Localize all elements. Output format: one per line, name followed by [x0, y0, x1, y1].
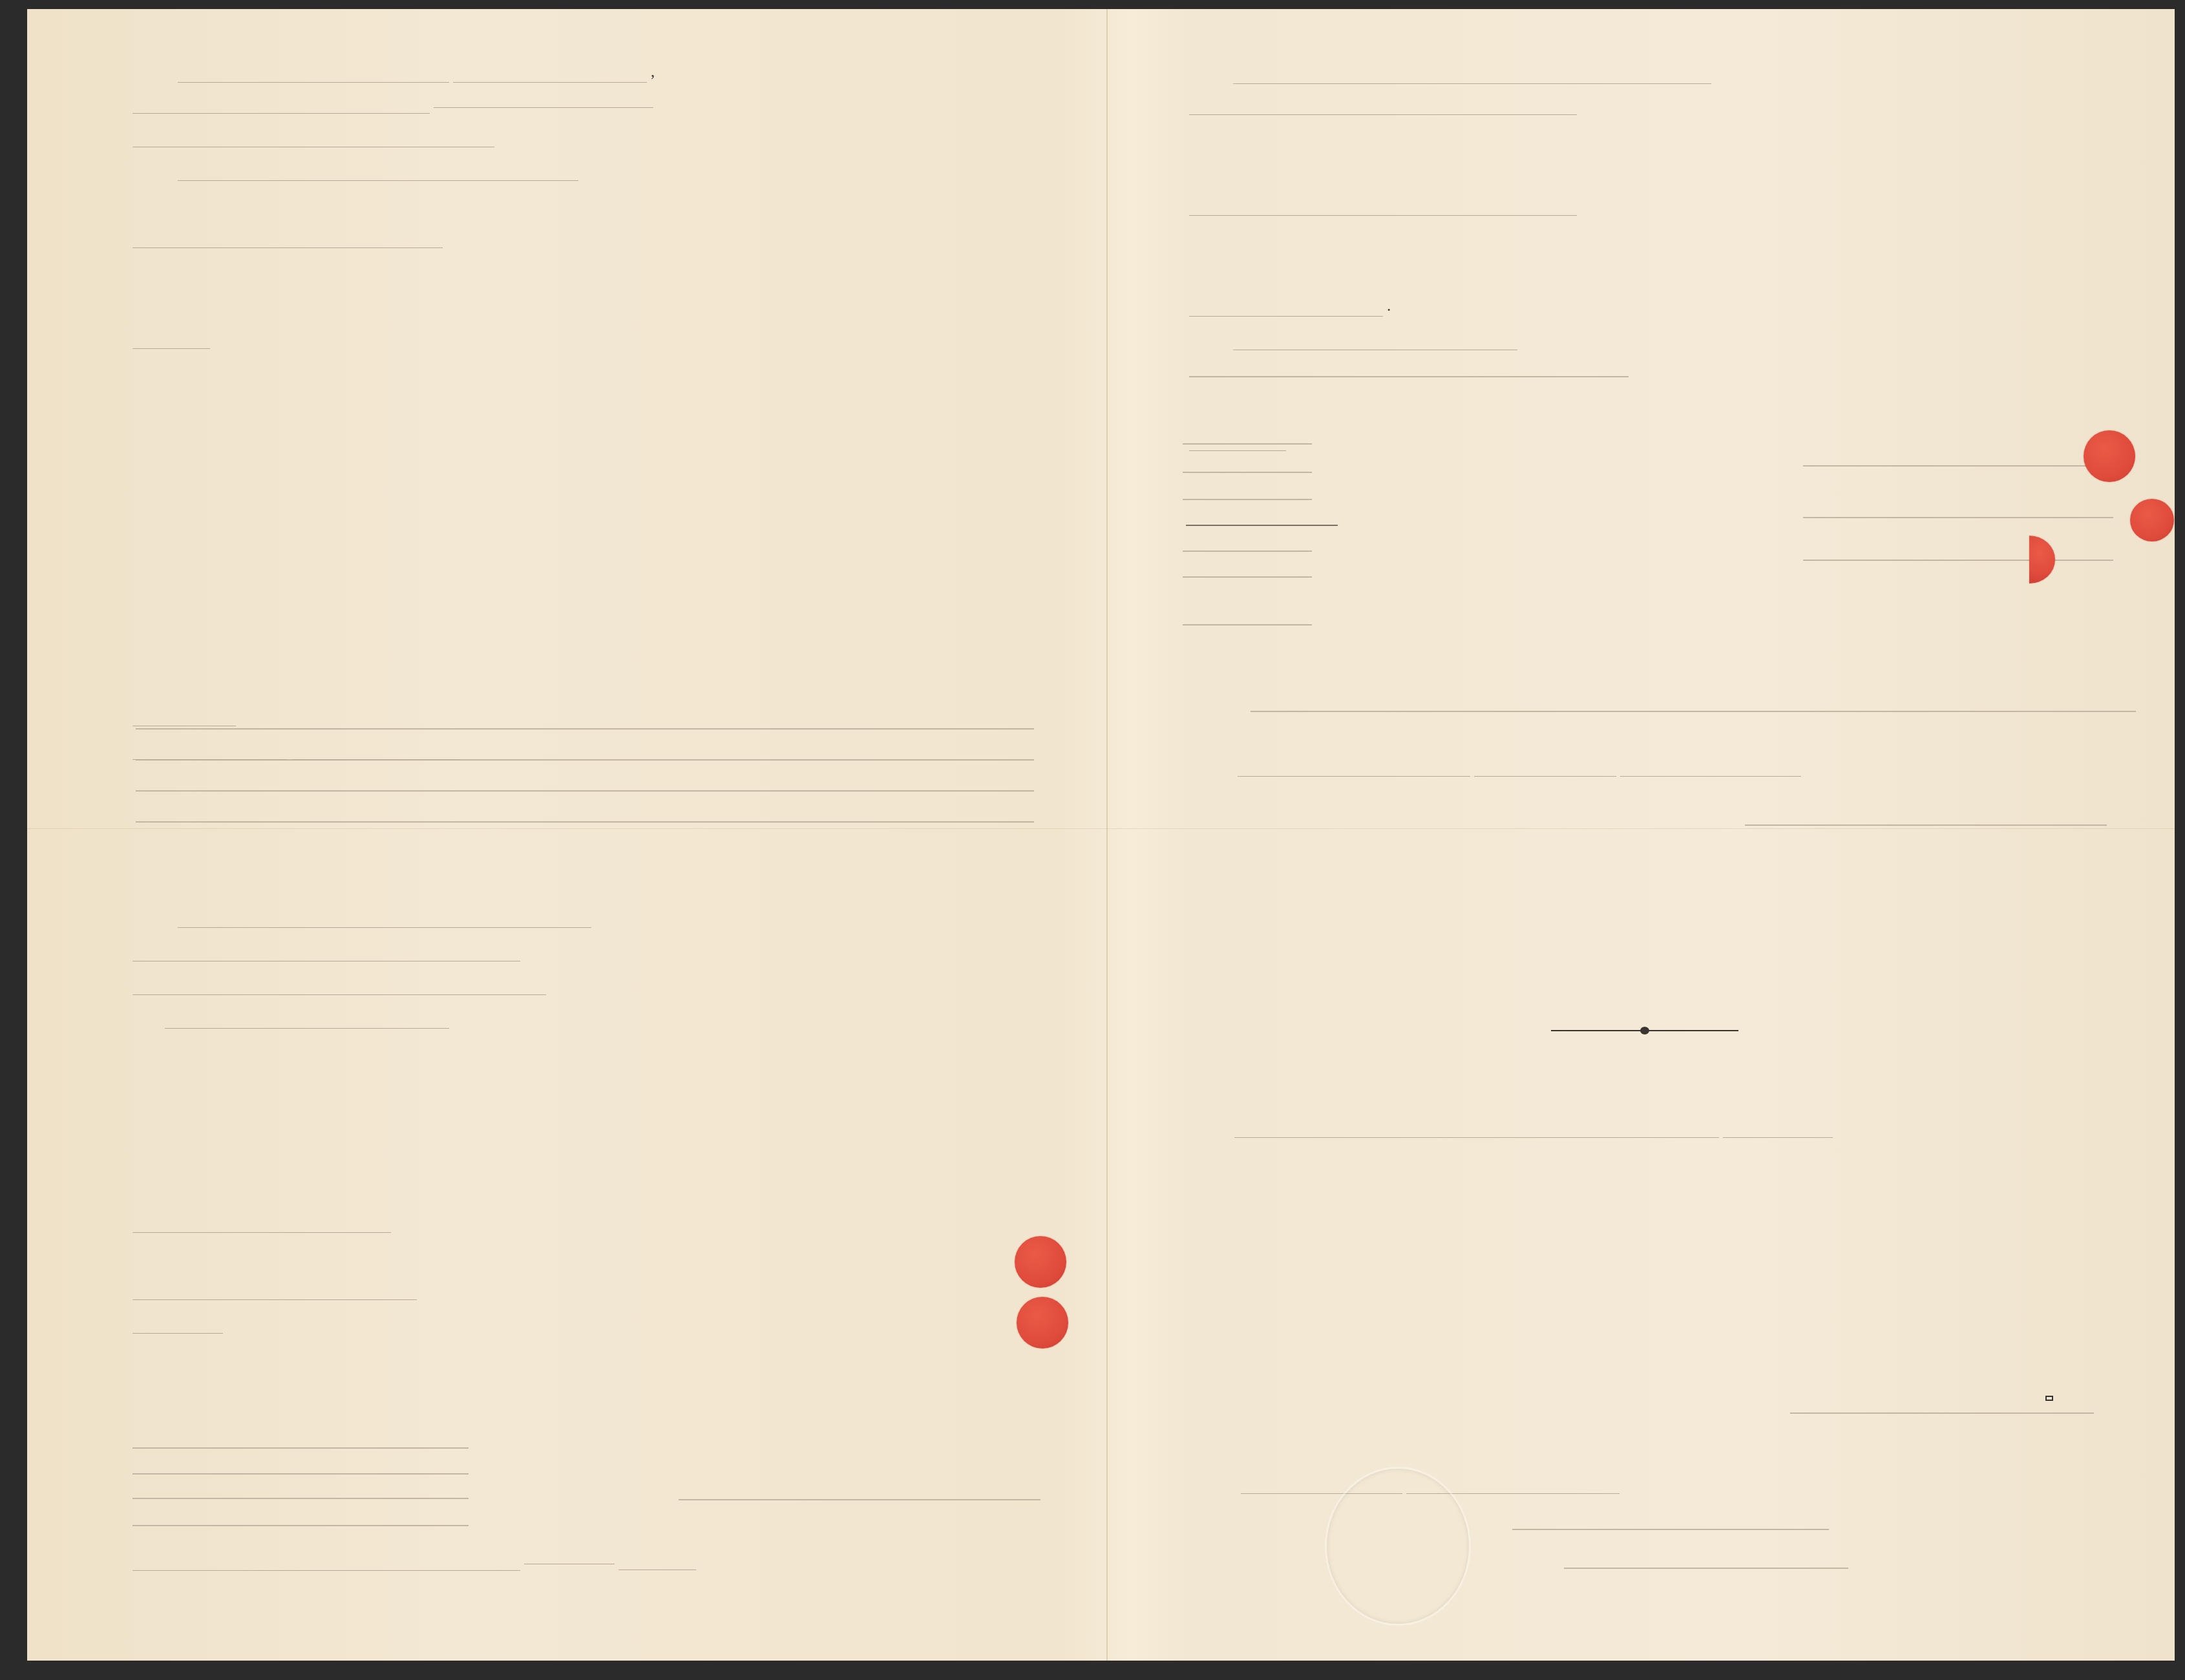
ornament-divider — [1551, 1029, 1738, 1033]
seal-box — [2045, 1396, 2053, 1401]
wax-seal-surveyor-general — [1015, 1236, 1066, 1288]
agreement-month-field — [453, 59, 647, 83]
wax-seal-beardsley — [2130, 499, 2174, 541]
between-line — [132, 90, 653, 114]
agreement-day-field — [178, 59, 449, 83]
agreement-title-line: , — [178, 57, 655, 83]
and-that-line — [132, 703, 236, 726]
wax-seal-dike — [2084, 430, 2135, 482]
horizontal-fold — [27, 828, 2175, 829]
wax-seal-deputy-surveyor — [1017, 1297, 1068, 1349]
center-fold — [1106, 9, 1108, 1661]
embossed-seal — [1325, 1467, 1471, 1626]
